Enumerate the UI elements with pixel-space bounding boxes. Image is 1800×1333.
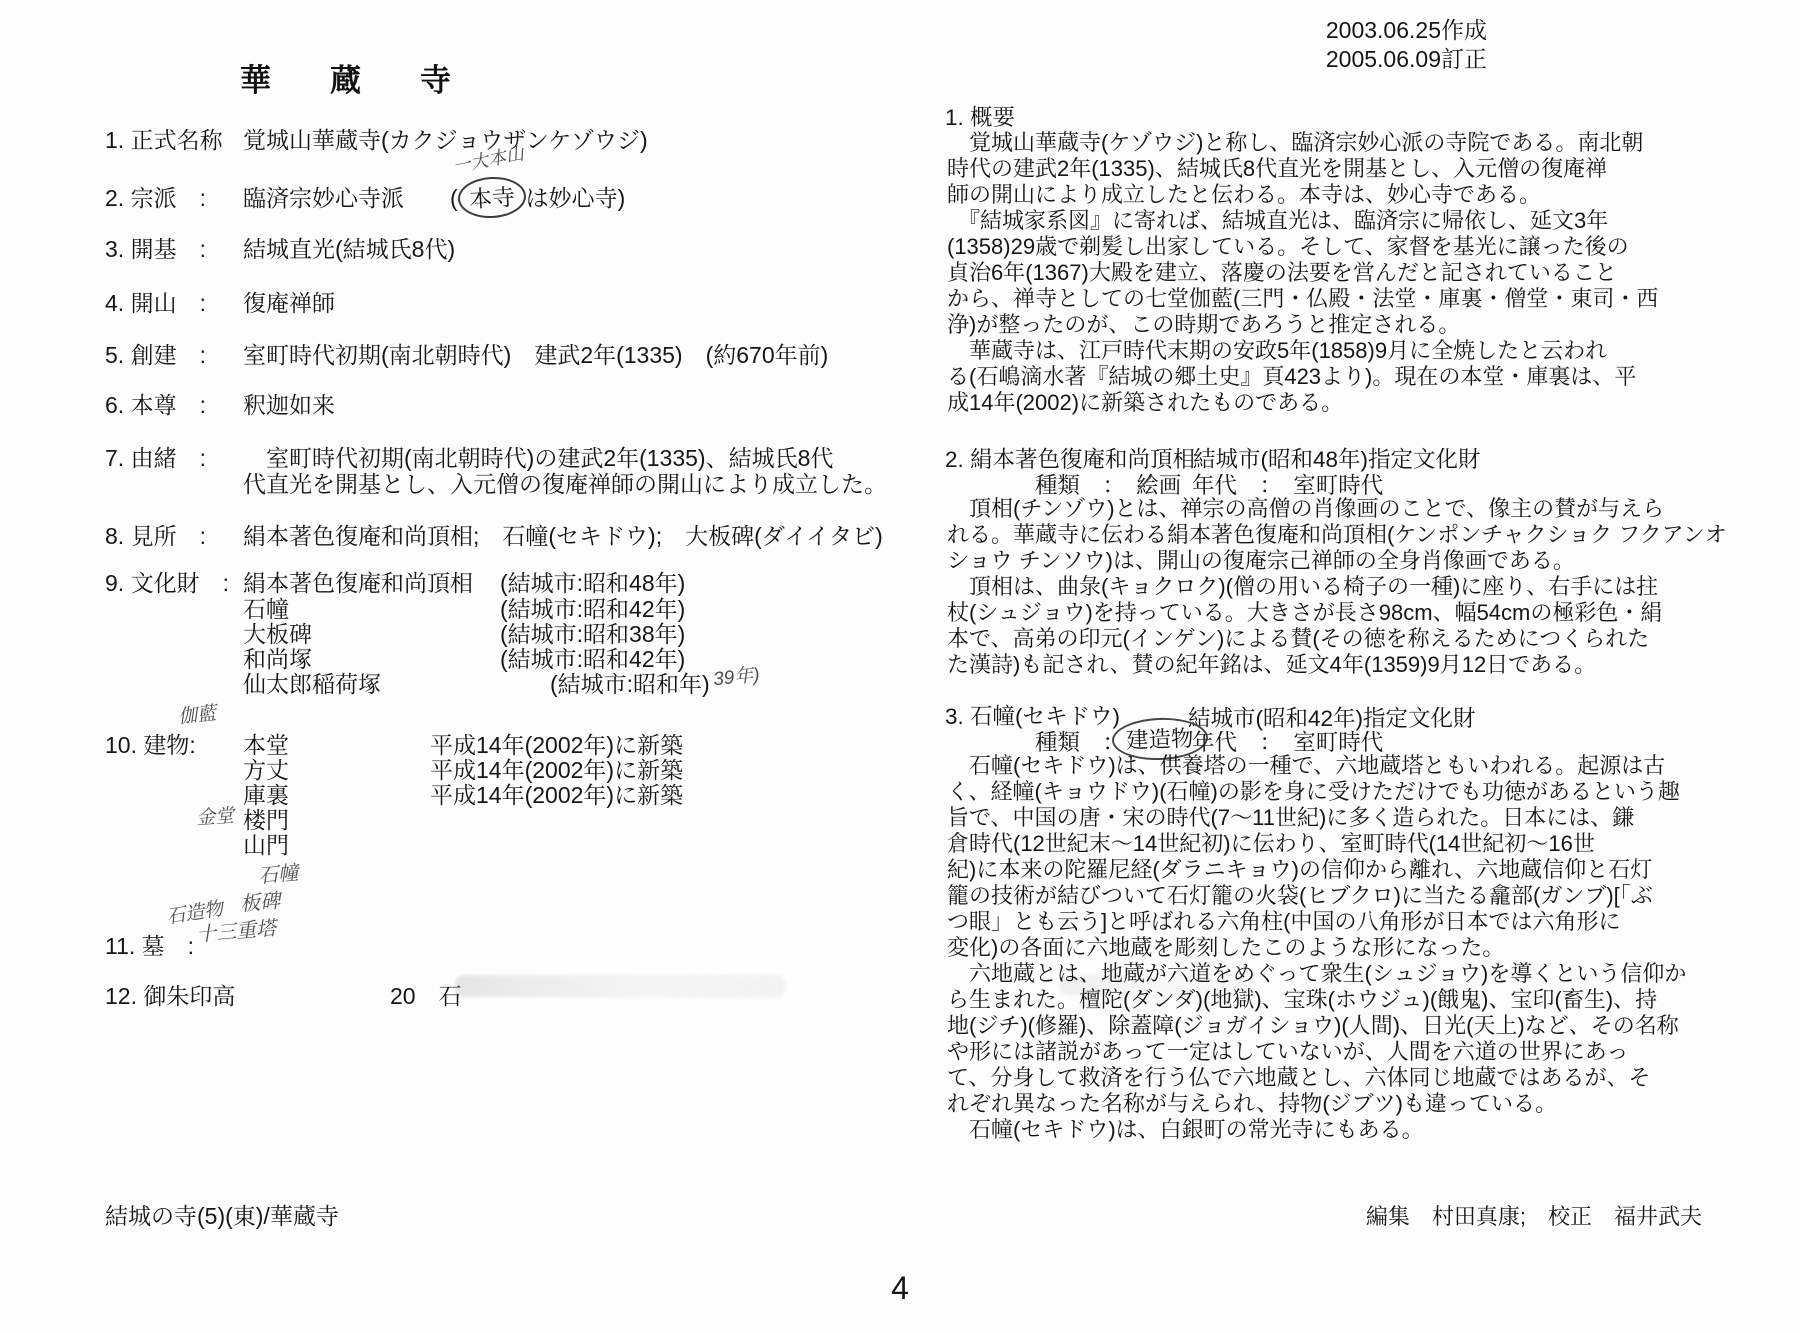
item-label: 5. 創建 : [105, 337, 243, 370]
text-line: 本で、高弟の印元(インゲン)による賛(その徳を称えるためにつくられた [947, 626, 1727, 652]
text-line: れぞれ異なった名称が与えられ、持物(ジブツ)も違っている。 [947, 1091, 1727, 1117]
item-graves: 11. 墓 : [105, 928, 243, 961]
text-line: 地(ジチ)(修羅)、除蓋障(ジョガイショウ)(人間)、日光(天上)など、その名称 [947, 1013, 1727, 1039]
item-highlights: 8. 見所 :絹本著色復庵和尚頂相; 石幢(セキドウ); 大板碑(ダイイタビ) [105, 518, 883, 551]
section-2-body: 頂相(チンゾウ)とは、禅宗の高僧の肖像画のことで、像主の賛が与えられる。華蔵寺に… [947, 496, 1727, 678]
footer-series-title: 結城の寺(5)(東)/華蔵寺 [105, 1198, 339, 1231]
building-row: 山門 [243, 827, 289, 860]
item-principal-image: 6. 本尊 :釈迦如来 [105, 387, 335, 420]
bunkazai-row: 仙太郎稲荷塚(結城市:昭和年)39年) [243, 666, 381, 699]
text-line: 杖(シュジョウ)を持っている。大きさが長さ98cm、幅54cmの極彩色・絹 [947, 600, 1727, 626]
item-value: 復庵禅師 [243, 290, 335, 316]
text-line: 華蔵寺は、江戸時代末期の安政5年(1858)9月に全焼したと云われ [947, 338, 1727, 364]
item-founder: 3. 開基 :結城直光(結城氏8代) [105, 231, 455, 264]
item-label: 3. 開基 : [105, 231, 243, 264]
item-label: 9. 文化財 : [105, 565, 243, 598]
property-year: (結城市:昭和年) [550, 666, 710, 699]
item-label: 2. 宗派 : [105, 180, 243, 213]
text-line: (1358)29歳で剃髪し出家している。そして、家督を基光に譲った後の [947, 234, 1727, 260]
item-value: 室町時代初期(南北朝時代) 建武2年(1335) (約670年前) [243, 342, 828, 368]
item-value: 臨済宗妙心寺派 ( [243, 185, 458, 211]
item-buildings: 10. 建物: [105, 727, 243, 760]
revision-dates: 2003.06.25作成 2005.06.09訂正 [1000, 16, 1487, 74]
text-line: れる。華蔵寺に伝わる絹本著色復庵和尚頂相(ケンポンチャクショク フクアンオ [947, 522, 1727, 548]
text-line: や形には諸説があって一定はしていないが、人間を六道の世界にあっ [947, 1039, 1727, 1065]
text-line: 籠の技術が結びついて石灯籠の火袋(ヒブクロ)に当たる龕部(ガンブ)[「ぶ [947, 883, 1727, 909]
text-line: 石幢(セキドウ)は、白銀町の常光寺にもある。 [947, 1117, 1727, 1143]
handwritten-note-kondo: 金堂 [195, 801, 235, 831]
text-line: ショウ チンソウ)は、開山の復庵宗己禅師の全身肖像画である。 [947, 548, 1727, 574]
item-label: 11. 墓 : [105, 928, 243, 961]
page-title: 華 蔵 寺 [240, 55, 465, 100]
text-line: 覚城山華蔵寺(ケゾウジ)と称し、臨済宗妙心派の寺院である。南北朝 [947, 130, 1727, 156]
item-history-line2: 代直光を開基とし、入元僧の復庵禅師の開山により成立した。 [243, 466, 887, 499]
text-line: から、禅寺としての七堂伽藍(三門・仏殿・法堂・庫裏・僧堂・東司・西 [947, 286, 1727, 312]
section-3-body: 石幢(セキドウ)は、供養塔の一種で、六地蔵塔ともいわれる。起源は古く、経幢(キョ… [947, 753, 1727, 1143]
property-name: 仙太郎稲荷塚 [243, 671, 381, 697]
text-line: 成14年(2002)に新築されたものである。 [947, 390, 1727, 416]
item-value: 釈迦如来 [243, 392, 335, 418]
text-line: る(石嶋滴水著『結城の郷土史』頁423より)。現在の本堂・庫裏は、平 [947, 364, 1727, 390]
text-line: 時代の建武2年(1335)、結城氏8代直光を開基とし、入元僧の復庵禅 [947, 156, 1727, 182]
text-line: た漢詩)も記され、賛の紀年銘は、延文4年(1359)9月12日である。 [947, 652, 1727, 678]
goshuin-value: 20 石 [390, 978, 462, 1011]
item-value: 覚城山華蔵寺(カクジョウザンケゾウジ) [243, 127, 648, 153]
handwritten-circle: 本寺 [457, 175, 527, 220]
handwritten-note-garan: 伽藍 [177, 698, 218, 729]
text-line: 変化)の各面に六地蔵を彫刻したこのような形になった。 [947, 935, 1727, 961]
item-label: 10. 建物: [105, 727, 243, 760]
erased-text-artifact [455, 975, 785, 997]
item-goshuin: 12. 御朱印高 [105, 978, 243, 1011]
text-line: て、分身して救済を行う仏で六地蔵とし、六体同じ地蔵ではあるが、そ [947, 1065, 1727, 1091]
text-line: 石幢(セキドウ)は、供養塔の一種で、六地蔵塔ともいわれる。起源は古 [947, 753, 1727, 779]
building-note: 平成14年(2002年)に新築 [430, 777, 683, 810]
text-line: く、経幢(キョウドウ)(石幢)の影を身に受けただけでも功徳があるという趣 [947, 779, 1727, 805]
created-date: 2003.06.25作成 [1326, 17, 1487, 43]
text-line: 旨で、中国の唐・宋の時代(7〜11世紀)に多く造られた。日本には、鎌 [947, 805, 1727, 831]
item-label: 12. 御朱印高 [105, 978, 243, 1011]
item-value: 結城直光(結城氏8代) [243, 236, 455, 262]
text-line: 『結城家系図』に寄れば、結城直光は、臨済宗に帰依し、延文3年 [947, 208, 1727, 234]
item-label: 4. 開山 : [105, 285, 243, 318]
item-label: 6. 本尊 : [105, 387, 243, 420]
scanned-document-page: 2003.06.25作成 2005.06.09訂正 華 蔵 寺 1. 正式名称覚… [0, 0, 1800, 1333]
item-first-priest: 4. 開山 :復庵禅師 [105, 285, 335, 318]
text-line: 紀)に本来の陀羅尼経(ダラニキョウ)の信仰から離れ、六地蔵信仰と石灯 [947, 857, 1727, 883]
text-line: 倉時代(12世紀末〜14世紀初)に伝わり、室町時代(14世紀初〜16世 [947, 831, 1727, 857]
item-value: 絹本著色復庵和尚頂相; 石幢(セキドウ); 大板碑(ダイイタビ) [243, 523, 883, 549]
item-official-name: 1. 正式名称覚城山華蔵寺(カクジョウザンケゾウジ) [105, 122, 648, 155]
item-label: 7. 由緒 : [105, 440, 243, 473]
section-1-body: 覚城山華蔵寺(ケゾウジ)と称し、臨済宗妙心派の寺院である。南北朝時代の建武2年(… [947, 130, 1727, 416]
item-label: 8. 見所 : [105, 518, 243, 551]
text-line: 六地蔵とは、地蔵が六道をめぐって衆生(シュジョウ)を導くという信仰か [947, 961, 1727, 987]
page-number: 4 [0, 1270, 1800, 1307]
building-name: 山門 [243, 832, 289, 858]
item-label: 1. 正式名称 [105, 122, 243, 155]
handwritten-year-correction: 39年) [712, 660, 761, 692]
item-sect: 2. 宗派 :臨済宗妙心寺派 (本寺は妙心寺) [105, 177, 625, 218]
revised-date: 2005.06.09訂正 [1326, 46, 1487, 72]
text-line: 貞治6年(1367)大殿を建立、落慶の法要を営んだと記されていること [947, 260, 1727, 286]
item-value: は妙心寺) [526, 185, 626, 211]
text-line: 頂相は、曲彔(キョクロク)(僧の用いる椅子の一種)に座り、右手には拄 [947, 574, 1727, 600]
section-1-heading: 1. 概要 [945, 100, 1015, 132]
text-line: 頂相(チンゾウ)とは、禅宗の高僧の肖像画のことで、像主の賛が与えら [947, 496, 1727, 522]
item-founded: 5. 創建 :室町時代初期(南北朝時代) 建武2年(1335) (約670年前) [105, 337, 828, 370]
text-line: 浄)が整ったのが、この時期であろうと推定される。 [947, 312, 1727, 338]
text-line: つ眼」とも云う]と呼ばれる六角柱(中国の八角形が日本では六角形に [947, 909, 1727, 935]
text-line: 師の開山により成立したと伝わる。本寺は、妙心寺である。 [947, 182, 1727, 208]
text-line: ら生まれた。檀陀(ダンダ)(地獄)、宝珠(ホウジュ)(餓鬼)、宝印(畜生)、持 [947, 987, 1727, 1013]
footer-credits: 編集 村田真康; 校正 福井武夫 [1000, 1200, 1702, 1231]
item-cultural-properties: 9. 文化財 : [105, 565, 243, 598]
